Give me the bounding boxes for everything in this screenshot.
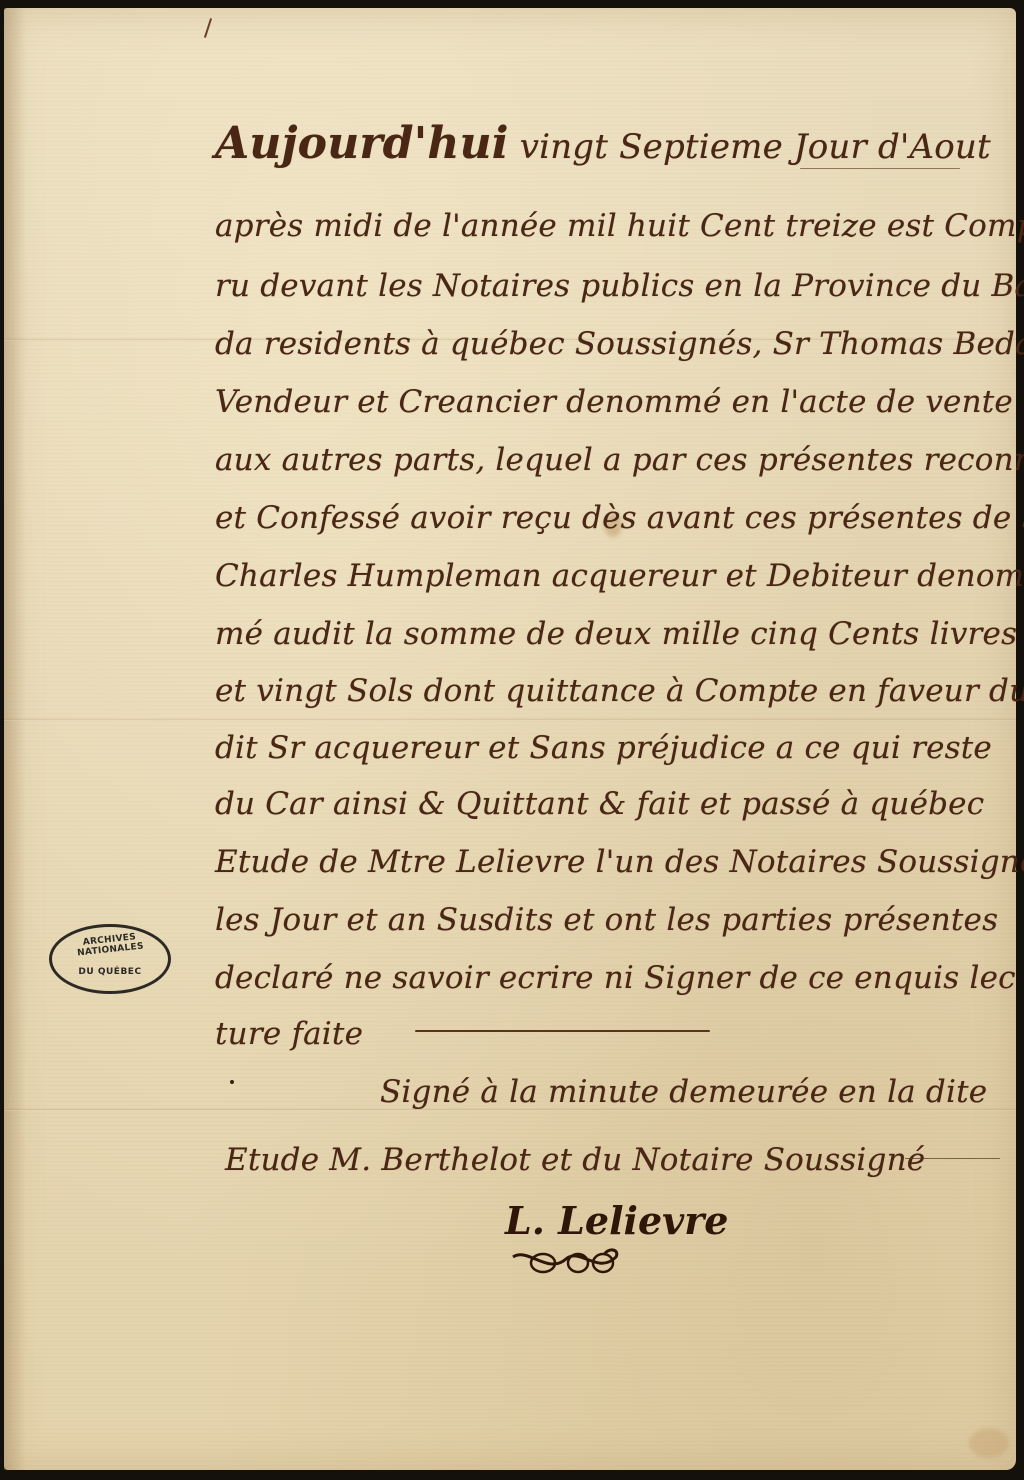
text-line-15: declaré ne savoir ecrire ni Signer de ce… — [215, 960, 1016, 996]
text-line-2: après midi de l'année mil huit Cent trei… — [215, 208, 1024, 244]
margin-mark — [204, 18, 212, 38]
opening-word: Aujourd'hui — [215, 118, 509, 169]
text-line-8: Charles Humpleman acquereur et Debiteur … — [215, 558, 1024, 594]
paper-fold — [4, 718, 1016, 721]
text-line-17: Signé à la minute demeurée en la dite — [380, 1074, 987, 1110]
paper-stain — [969, 1428, 1009, 1458]
line-end-flourish — [800, 168, 960, 169]
text-line-9: mé audit la somme de deux mille cinq Cen… — [215, 616, 1017, 652]
text-line-16: ture faite — [215, 1016, 363, 1052]
ink-dot — [230, 1080, 234, 1084]
line-end-flourish — [905, 1158, 1000, 1159]
text-line-6: aux autres parts, lequel a par ces prése… — [215, 442, 1024, 478]
closing-rule — [415, 1030, 710, 1032]
text-line-4: da residents à québec Soussignés, Sr Tho… — [215, 326, 1024, 362]
text-line-7: et Confessé avoir reçu dès avant ces pré… — [215, 500, 1024, 536]
paper-edge-shadow — [4, 8, 26, 1470]
text-line-14: les Jour et an Susdits et ont les partie… — [215, 902, 998, 938]
text-line-11: dit Sr acquereur et Sans préjudice a ce … — [215, 730, 992, 766]
stamp-top-text: ARCHIVES NATIONALES — [51, 929, 168, 961]
stamp-bottom-text: DU QUÉBEC — [52, 967, 168, 977]
notary-signature: L. Lelievre — [505, 1198, 728, 1243]
text-line-12: du Car ainsi & Quittant & fait et passé … — [215, 786, 984, 822]
text-line-1: Aujourd'hui vingt Septieme Jour d'Aout — [215, 118, 991, 169]
signature-paraph-flourish — [508, 1245, 623, 1281]
text-line-18: Etude M. Berthelot et du Notaire Soussig… — [225, 1142, 925, 1178]
text-line-10: et vingt Sols dont quittance à Compte en… — [215, 673, 1024, 709]
text-line-5: Vendeur et Creancier denommé en l'acte d… — [215, 384, 1024, 420]
archives-stamp: ARCHIVES NATIONALES DU QUÉBEC — [49, 924, 171, 994]
text-line-13: Etude de Mtre Lelievre l'un des Notaires… — [215, 844, 1024, 880]
text-line-3: ru devant les Notaires publics en la Pro… — [215, 268, 1024, 304]
